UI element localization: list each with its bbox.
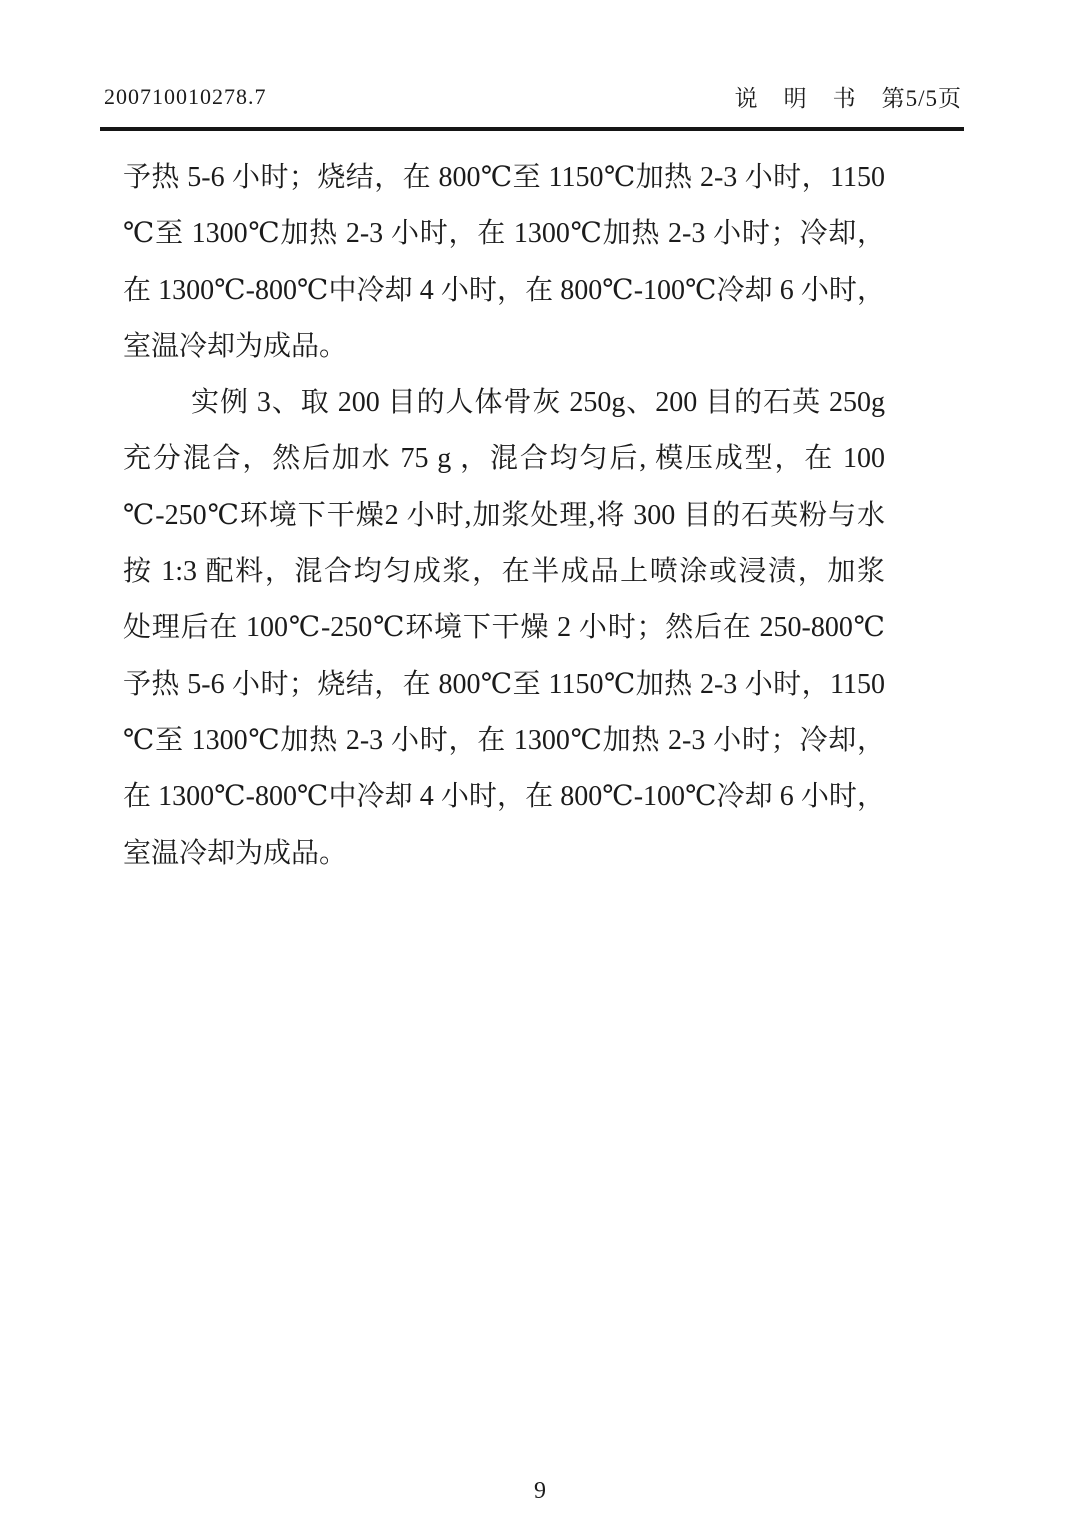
text-line: 处理后在 100℃-250℃环境下干燥 2 小时；然后在 250-800℃: [123, 600, 885, 656]
application-number: 200710010278.7: [104, 84, 267, 110]
text-line: 予热 5-6 小时；烧结，在 800℃至 1150℃加热 2-3 小时，1150: [123, 150, 885, 206]
patent-page: 200710010278.7 说明书第5/5页 予热 5-6 小时；烧结，在 8…: [0, 0, 1080, 1538]
document-body: 予热 5-6 小时；烧结，在 800℃至 1150℃加热 2-3 小时，1150…: [123, 150, 885, 882]
text-line: 实例 3、取 200 目的人体骨灰 250g、200 目的石英 250g: [123, 375, 885, 431]
document-type-label: 说明书: [735, 86, 882, 111]
text-line: 在 1300℃-800℃中冷却 4 小时，在 800℃-100℃冷却 6 小时，: [123, 263, 885, 319]
text-line: 予热 5-6 小时；烧结，在 800℃至 1150℃加热 2-3 小时，1150: [123, 657, 885, 713]
text-line: ℃-250℃环境下干燥2 小时,加浆处理,将 300 目的石英粉与水: [123, 488, 885, 544]
text-line: ℃至 1300℃加热 2-3 小时，在 1300℃加热 2-3 小时；冷却，: [123, 713, 885, 769]
text-line: 按 1:3 配料，混合均匀成浆，在半成品上喷涂或浸渍，加浆: [123, 544, 885, 600]
header-rule: [100, 127, 964, 131]
header-right: 说明书第5/5页: [735, 80, 962, 113]
text-line: 充分混合，然后加水 75 g ，混合均匀后, 模压成型，在 100: [123, 431, 885, 487]
page-number: 9: [0, 1478, 1080, 1505]
text-line: ℃至 1300℃加热 2-3 小时，在 1300℃加热 2-3 小时；冷却，: [123, 206, 885, 262]
page-indicator: 第5/5页: [882, 86, 962, 111]
text-line: 在 1300℃-800℃中冷却 4 小时，在 800℃-100℃冷却 6 小时，: [123, 769, 885, 825]
text-line: 室温冷却为成品。: [123, 826, 885, 882]
text-line: 室温冷却为成品。: [123, 319, 885, 375]
